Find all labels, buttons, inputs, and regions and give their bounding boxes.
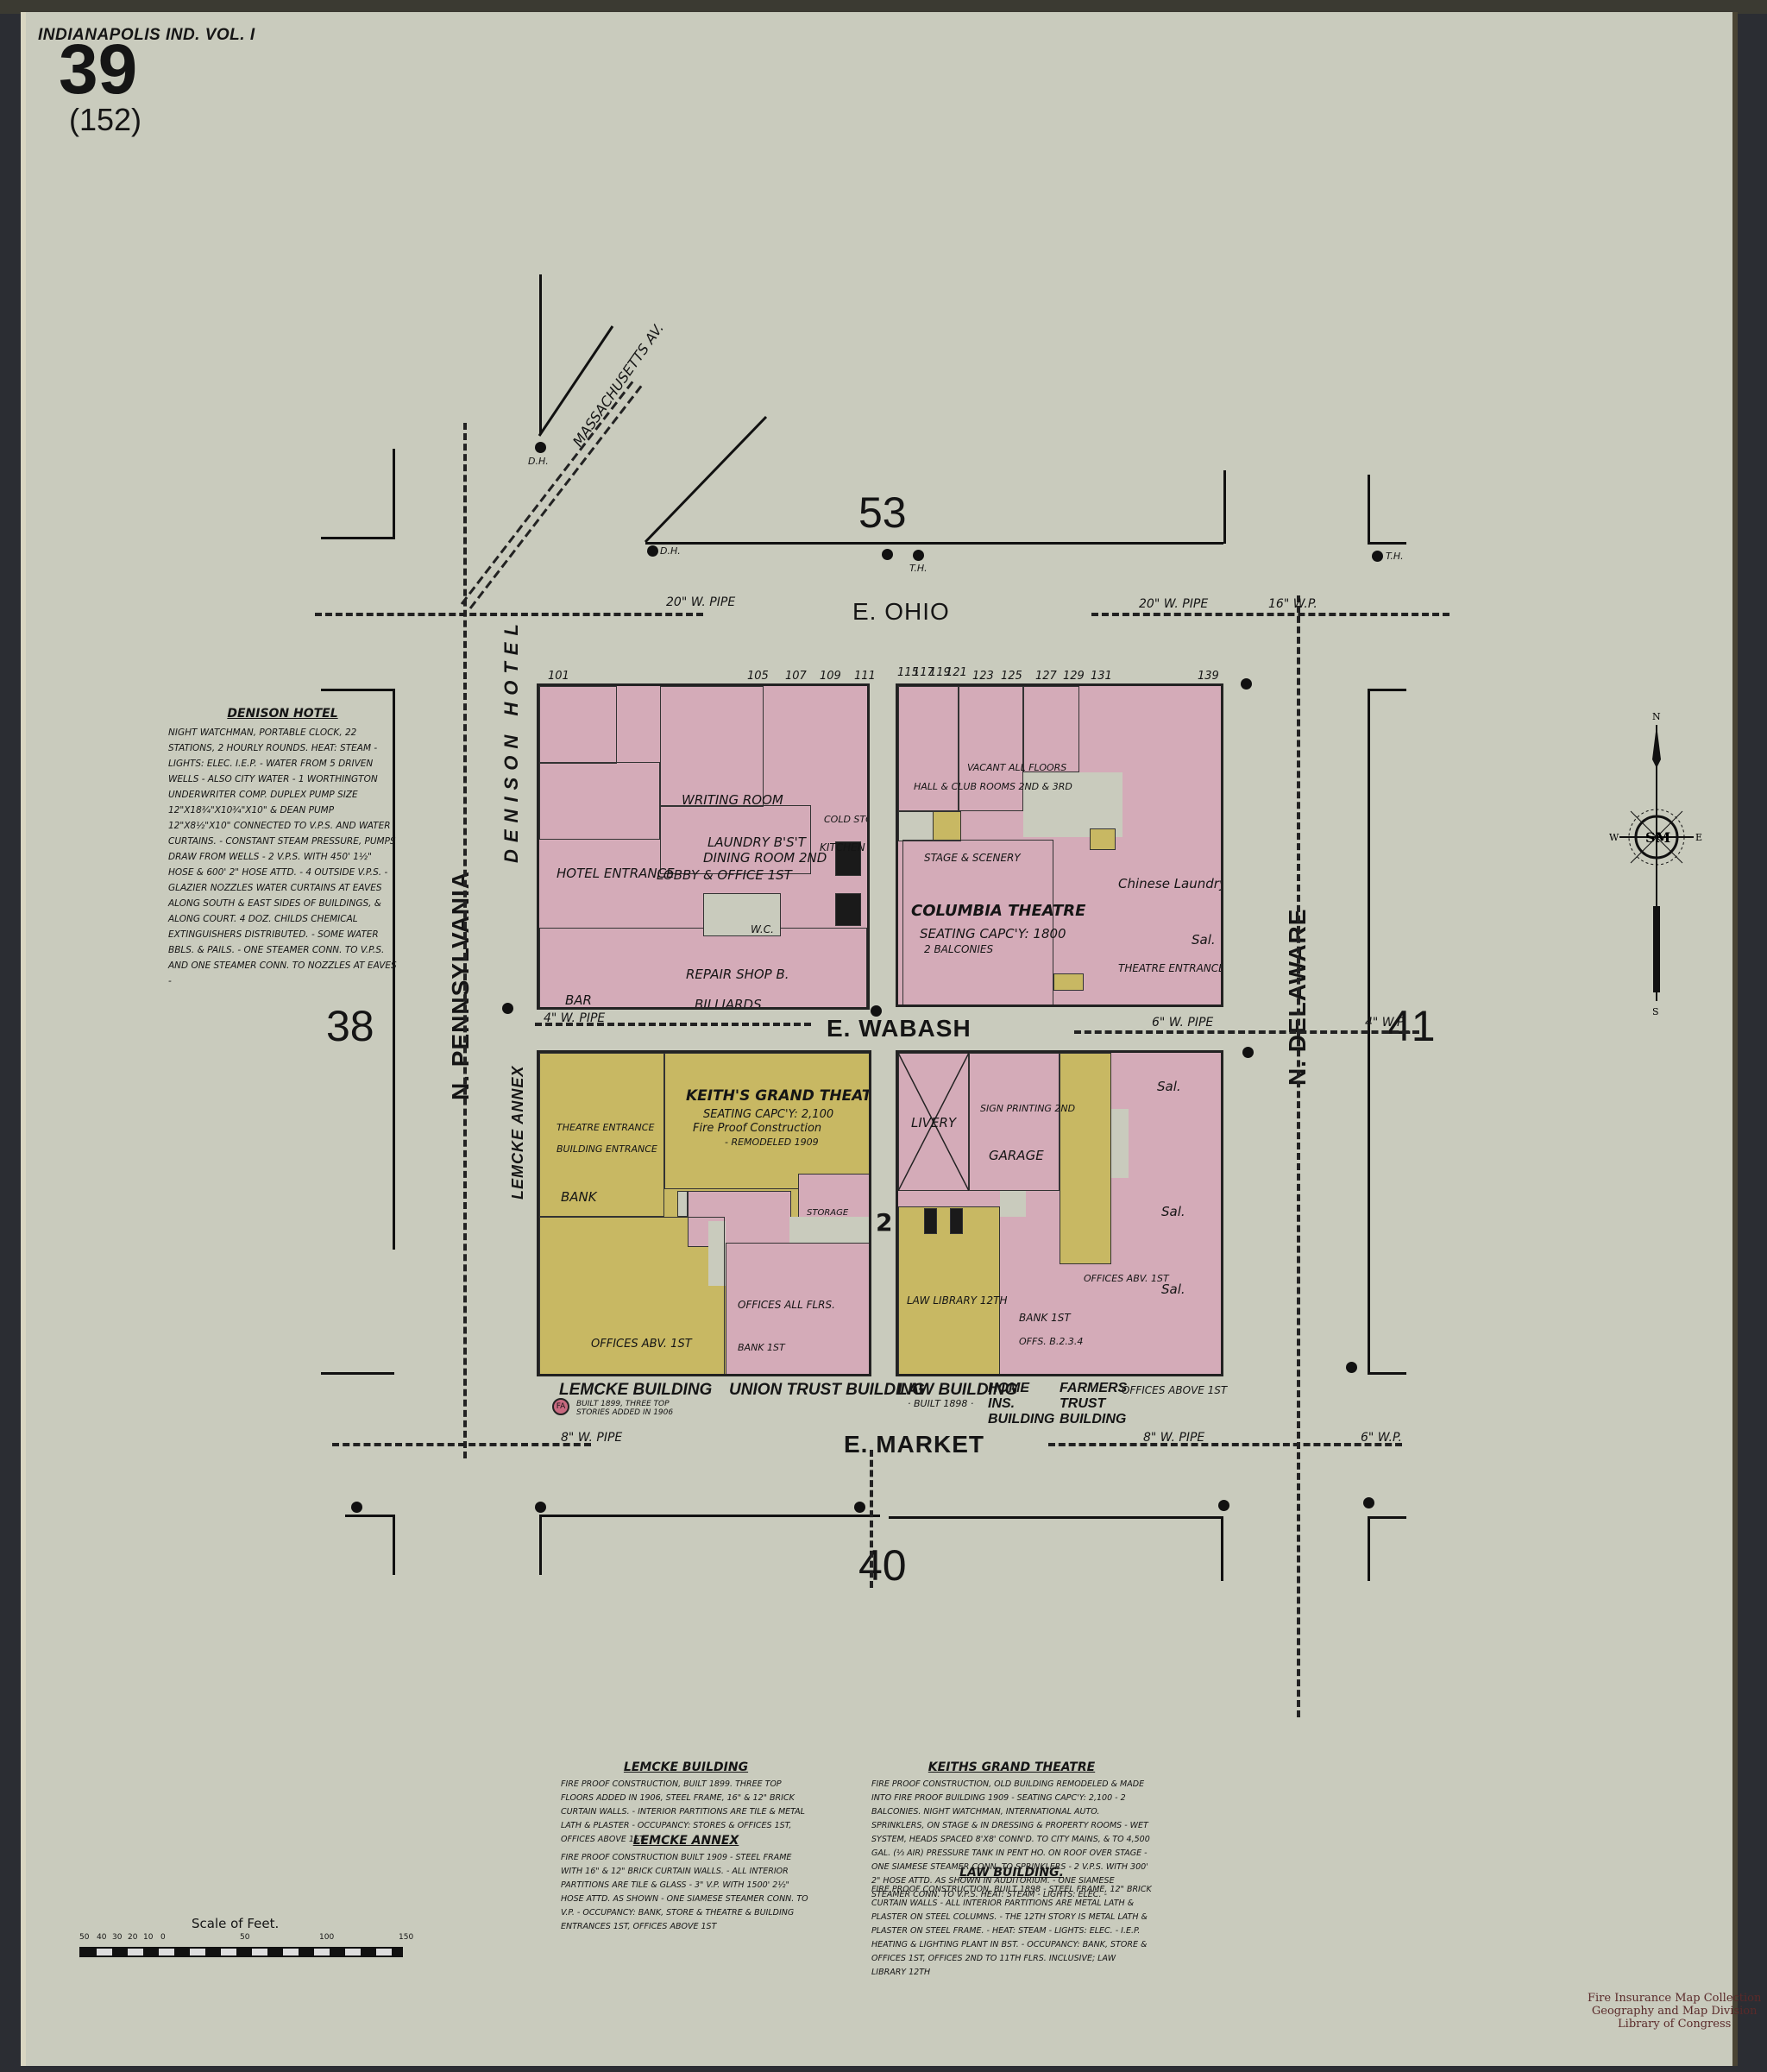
- balconies-label: 2 BALCONIES: [924, 943, 993, 955]
- room-label: Chinese Laundry: [1118, 876, 1223, 891]
- caption-farmers-trust-building: FARMERS TRUST BUILDING: [1060, 1381, 1129, 1427]
- svg-text:SM: SM: [1645, 829, 1670, 846]
- stamp-line: Geography and Map Division: [1588, 2005, 1761, 2018]
- caption-offices-above: OFFICES ABOVE 1ST: [1122, 1384, 1227, 1396]
- room-label: Sal.: [1157, 1079, 1181, 1094]
- room-label: VACANT ALL FLOORS: [967, 762, 1066, 773]
- hydrant-icon: [351, 1502, 362, 1513]
- caption-union-trust-building: UNION TRUST BUILDING: [729, 1381, 925, 1400]
- hydrant-label: T.H.: [909, 563, 928, 574]
- room-label: BANK 1ST: [738, 1342, 785, 1353]
- building-outline: [1023, 686, 1079, 772]
- stamp-line: Library of Congress: [1588, 2018, 1761, 2031]
- hydrant-icon: [1218, 1500, 1229, 1511]
- building-outline: [898, 686, 959, 811]
- room-label: LAUNDRY B'S'T: [707, 834, 806, 850]
- denison-hotel-label: DENISON HOTEL: [500, 617, 523, 863]
- note-title: LAW BUILDING.: [871, 1866, 1152, 1880]
- pipe-label: 6" W.P.: [1361, 1431, 1402, 1445]
- scale-graphic: [79, 1947, 403, 1957]
- svg-text:N: N: [1652, 711, 1661, 722]
- room-label: COLD STORAGE 1ST: [824, 814, 870, 825]
- elevator-shaft: [924, 1208, 937, 1234]
- room-label: BAR: [565, 992, 592, 1008]
- scale-tick: 100: [319, 1933, 334, 1942]
- room-label: DINING ROOM 2ND: [703, 850, 827, 866]
- room-label: BANK: [561, 1189, 597, 1205]
- hydrant-icon: [535, 442, 546, 453]
- room-label: W.C.: [751, 923, 774, 935]
- hydrant-icon: [1242, 1047, 1254, 1058]
- water-pipe: [463, 423, 467, 1458]
- building-outline: [539, 1053, 664, 1217]
- building-outline: [898, 1206, 1000, 1376]
- hydrant-icon: [647, 545, 658, 557]
- room-label: OFFS. B.2.3.4: [1019, 1336, 1083, 1347]
- street-e-ohio: E. OHIO: [852, 598, 950, 626]
- water-pipe: [1074, 1030, 1419, 1034]
- hydrant-label: T.H.: [1386, 551, 1404, 562]
- theatre-name: KEITH'S GRAND THEATRE: [686, 1087, 871, 1105]
- room-label: KITCHEN 2ND: [820, 841, 870, 853]
- street-n-pennsylvania: N. PENNSYLVANIA: [447, 871, 475, 1100]
- water-pipe: [332, 1443, 591, 1446]
- hydrant-icon: [1372, 551, 1383, 562]
- room-label: LOBBY & OFFICE 1ST: [657, 867, 792, 883]
- address-number: 111: [854, 670, 876, 683]
- room-label: THEATRE ENTRANCE: [1118, 962, 1223, 974]
- compass-rose-icon: N S W E SM: [1609, 708, 1704, 1018]
- hydrant-icon: [913, 550, 924, 561]
- hydrant-icon: [535, 1502, 546, 1513]
- hydrant-label: D.H.: [528, 456, 549, 467]
- room-label: GARAGE: [989, 1148, 1044, 1163]
- hydrant-icon: [1241, 678, 1252, 690]
- address-number: 125: [1001, 670, 1022, 683]
- remodeled-label: - REMODELED 1909: [725, 1137, 819, 1148]
- address-number: 139: [1198, 670, 1219, 683]
- open-court: [1111, 1109, 1129, 1178]
- caption-home-ins-building: HOME INS. BUILDING: [988, 1381, 1057, 1427]
- building-outline: [539, 762, 660, 840]
- room-label: Sal.: [1161, 1282, 1185, 1297]
- room-label: WRITING ROOM: [682, 792, 783, 808]
- block-denison-hotel[interactable]: HOTEL ENTRANCE LOBBY & OFFICE 1ST DINING…: [537, 683, 870, 1010]
- room-label: LAW LIBRARY 12TH: [907, 1294, 1007, 1307]
- theatre-name: COLUMBIA THEATRE: [911, 902, 1085, 920]
- building-outline: [539, 686, 617, 764]
- building-outline: [660, 686, 764, 807]
- note-title: LEMCKE ANNEX: [561, 1834, 811, 1848]
- room-label: SIGN PRINTING 2ND: [980, 1103, 1075, 1114]
- hydrant-icon: [871, 1005, 882, 1017]
- room-label: Sal.: [1192, 932, 1216, 948]
- scale-tick: 40: [97, 1933, 106, 1942]
- building-outline: [1090, 828, 1116, 850]
- pipe-label: 20" W. PIPE: [666, 595, 735, 609]
- note-text: NIGHT WATCHMAN, PORTABLE CLOCK, 22 STATI…: [168, 727, 397, 986]
- address-number: 101: [548, 670, 569, 683]
- water-pipe: [870, 1450, 873, 1588]
- caption-sub: BUILT 1899, THREE TOP STORIES ADDED IN 1…: [576, 1400, 689, 1417]
- water-pipe: [315, 613, 703, 616]
- scale-tick: 10: [143, 1933, 153, 1942]
- building-outline: [959, 686, 1023, 811]
- room-label: LIVERY: [911, 1115, 956, 1130]
- library-stamp: Fire Insurance Map Collection Geography …: [1588, 1992, 1761, 2031]
- room-label: BILLIARDS: [695, 997, 762, 1010]
- room-label: OFFICES ALL FLRS.: [738, 1299, 835, 1311]
- water-pipe: [1091, 613, 1449, 616]
- address-number: 123: [972, 670, 994, 683]
- svg-text:E: E: [1695, 832, 1702, 843]
- room-label: STAGE & SCENERY: [924, 852, 1021, 864]
- scale-tick: 50: [240, 1933, 249, 1942]
- building-outline: [902, 840, 1053, 1007]
- scale-tick: 30: [112, 1933, 122, 1942]
- building-outline: [933, 811, 961, 841]
- block-columbia-theatre[interactable]: HALL & CLUB ROOMS 2ND & 3RD VACANT ALL F…: [896, 683, 1223, 1007]
- address-number: 109: [820, 670, 841, 683]
- seating-capacity: SEATING CAPC'Y: 1800: [920, 926, 1066, 942]
- building-outline: [1060, 1053, 1111, 1264]
- note-text: FIRE PROOF CONSTRUCTION, BUILT 1898 - ST…: [871, 1885, 1152, 1977]
- open-court: [789, 1217, 871, 1243]
- note-denison-hotel: DENISON HOTEL NIGHT WATCHMAN, PORTABLE C…: [168, 706, 397, 989]
- address-number: 107: [785, 670, 807, 683]
- pipe-label: 16" W.P.: [1268, 597, 1317, 611]
- scale-tick: 150: [399, 1933, 413, 1942]
- room-label: THEATRE ENTRANCE: [557, 1122, 654, 1133]
- address-number: 127: [1035, 670, 1057, 683]
- note-law-building: LAW BUILDING. FIRE PROOF CONSTRUCTION, B…: [871, 1866, 1152, 1980]
- svg-text:W: W: [1609, 832, 1619, 843]
- hydrant-icon: [1346, 1362, 1357, 1373]
- note-text: FIRE PROOF CONSTRUCTION BUILT 1909 - STE…: [561, 1853, 808, 1931]
- address-number: 129: [1063, 670, 1085, 683]
- building-outline: [969, 1053, 1060, 1191]
- room-label: OFFICES ABV. 1ST: [591, 1338, 692, 1351]
- hydrant-icon: [854, 1502, 865, 1513]
- scale-tick: 0: [160, 1933, 166, 1942]
- street-e-wabash: E. WABASH: [827, 1015, 972, 1042]
- pipe-label: 4" W. PIPE: [544, 1011, 605, 1025]
- lemcke-annex-label: LEMCKE ANNEX: [509, 1066, 527, 1200]
- room-label: BANK 1ST: [1019, 1312, 1071, 1324]
- block-keiths-grand-theatre[interactable]: KEITH'S GRAND THEATRE SEATING CAPC'Y: 2,…: [537, 1050, 871, 1376]
- pipe-label: 4" W.P.: [1365, 1016, 1406, 1030]
- building-outline: [664, 1053, 871, 1189]
- room-label: REPAIR SHOP B.: [686, 967, 789, 982]
- seating-capacity: SEATING CAPC'Y: 2,100: [703, 1108, 833, 1121]
- stamp-line: Fire Insurance Map Collection: [1588, 1992, 1761, 2005]
- fire-alarm-badge-icon: FA: [552, 1398, 569, 1415]
- room-label: BUILDING ENTRANCE: [557, 1143, 657, 1155]
- open-court: [898, 811, 937, 841]
- caption-lemcke-building: LEMCKE BUILDING: [559, 1381, 712, 1400]
- address-number: 121: [946, 666, 967, 679]
- scale-title: Scale of Feet.: [192, 1916, 279, 1931]
- hydrant-label: D.H.: [660, 545, 681, 557]
- open-court: [1000, 1191, 1026, 1217]
- address-number: 105: [747, 670, 769, 683]
- hydrant-icon: [1363, 1497, 1374, 1508]
- scale-tick: 20: [128, 1933, 137, 1942]
- note-title: DENISON HOTEL: [168, 706, 397, 721]
- room-label: STORAGE: [807, 1208, 848, 1218]
- hydrant-icon: [502, 1003, 513, 1014]
- room-label: Sal.: [1161, 1204, 1185, 1219]
- building-outline: [1053, 973, 1084, 991]
- note-title: KEITHS GRAND THEATRE: [871, 1760, 1152, 1774]
- open-court: [677, 1191, 688, 1217]
- pipe-label: 8" W. PIPE: [561, 1431, 622, 1445]
- hydrant-icon: [882, 549, 893, 560]
- room-label: HALL & CLUB ROOMS 2ND & 3RD: [914, 781, 1072, 792]
- elevator-shaft: [835, 893, 861, 926]
- pipe-label: 6" W. PIPE: [1152, 1016, 1213, 1030]
- note-title: LEMCKE BUILDING: [561, 1760, 811, 1774]
- room-label: OFFICES ABV. 1ST: [1084, 1273, 1169, 1284]
- water-pipe: [1297, 595, 1300, 1717]
- construction-type: Fire Proof Construction: [693, 1122, 821, 1135]
- caption-sub: · BUILT 1898 ·: [908, 1398, 973, 1409]
- street-e-market: E. MARKET: [844, 1431, 984, 1458]
- building-outline: [539, 1217, 725, 1376]
- pipe-label: 20" W. PIPE: [1139, 597, 1208, 611]
- alley-width-label: 2: [876, 1208, 892, 1237]
- block-law-building[interactable]: LIVERY SIGN PRINTING 2ND GARAGE LAW LIBR…: [896, 1050, 1223, 1376]
- note-lemcke-annex: LEMCKE ANNEX FIRE PROOF CONSTRUCTION BUI…: [561, 1834, 811, 1934]
- pipe-label: 8" W. PIPE: [1143, 1431, 1204, 1445]
- svg-text:S: S: [1652, 1006, 1659, 1017]
- address-number: 131: [1091, 670, 1112, 683]
- water-pipe: [1048, 1443, 1402, 1446]
- scale-tick: 50: [79, 1933, 89, 1942]
- elevator-shaft: [950, 1208, 963, 1234]
